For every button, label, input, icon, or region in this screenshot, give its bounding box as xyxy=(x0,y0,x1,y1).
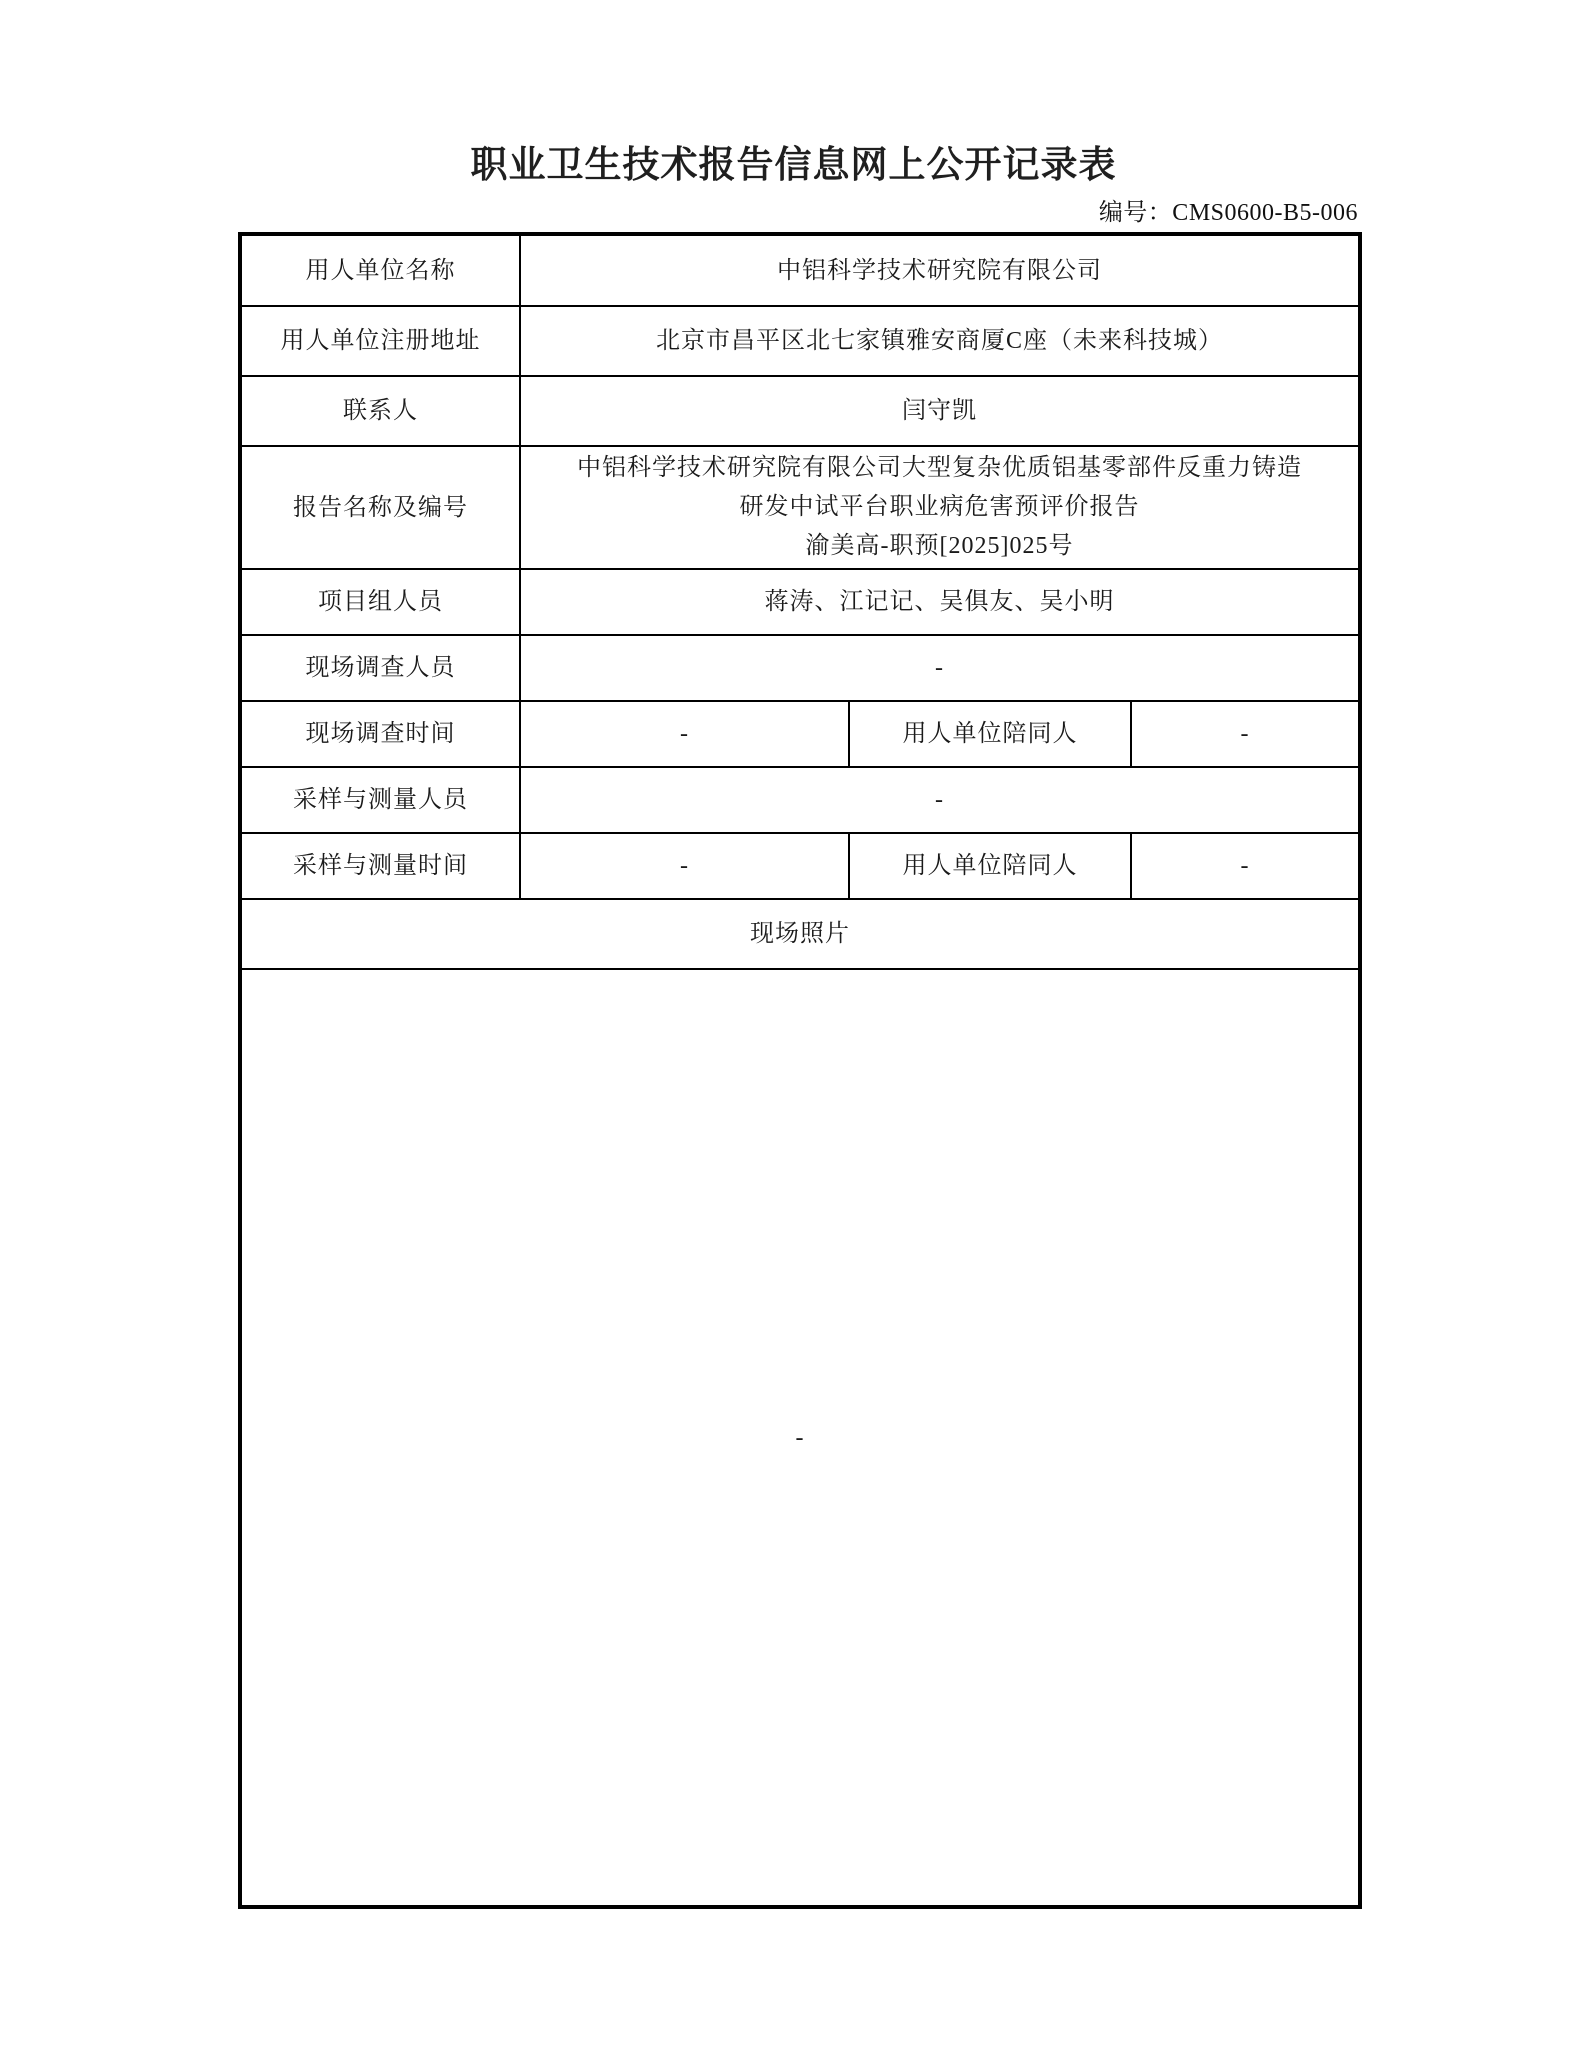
row-label: 用人单位注册地址 xyxy=(240,306,520,376)
table-row-site-photos-header: 现场照片 xyxy=(240,899,1360,969)
row-value: 闫守凯 xyxy=(520,376,1360,446)
table-row-project-team: 项目组人员 蒋涛、江记记、吴俱友、吴小明 xyxy=(240,569,1360,635)
row-label-accompany: 用人单位陪同人 xyxy=(849,833,1131,899)
row-value: 蒋涛、江记记、吴俱友、吴小明 xyxy=(520,569,1360,635)
table-row-site-photos-area: - xyxy=(240,969,1360,1907)
row-label: 用人单位名称 xyxy=(240,234,520,306)
page-title: 职业卫生技术报告信息网上公开记录表 xyxy=(0,144,1587,188)
row-value: - xyxy=(520,635,1360,701)
doc-number: 编号：CMS0600-B5-006 xyxy=(238,199,1358,228)
document-page: 职业卫生技术报告信息网上公开记录表 编号：CMS0600-B5-006 用人单位… xyxy=(0,0,1587,2060)
report-table: 用人单位名称 中铝科学技术研究院有限公司 用人单位注册地址 北京市昌平区北七家镇… xyxy=(238,232,1362,1909)
report-number-line: 渝美高-职预[2025]025号 xyxy=(527,527,1352,566)
row-label: 现场调查人员 xyxy=(240,635,520,701)
table-row-site-survey-time: 现场调查时间 - 用人单位陪同人 - xyxy=(240,701,1360,767)
report-name-line-2: 研发中试平台职业病危害预评价报告 xyxy=(527,488,1352,527)
row-label: 报告名称及编号 xyxy=(240,446,520,569)
table-row-report-name-number: 报告名称及编号 中铝科学技术研究院有限公司大型复杂优质铝基零部件反重力铸造 研发… xyxy=(240,446,1360,569)
table-row-employer-name: 用人单位名称 中铝科学技术研究院有限公司 xyxy=(240,234,1360,306)
table-row-contact-person: 联系人 闫守凯 xyxy=(240,376,1360,446)
row-label: 联系人 xyxy=(240,376,520,446)
row-value: 中铝科学技术研究院有限公司大型复杂优质铝基零部件反重力铸造 研发中试平台职业病危… xyxy=(520,446,1360,569)
site-photos-header: 现场照片 xyxy=(240,899,1360,969)
row-label: 采样与测量人员 xyxy=(240,767,520,833)
row-value-accompany: - xyxy=(1131,701,1360,767)
row-value: - xyxy=(520,833,849,899)
row-label: 项目组人员 xyxy=(240,569,520,635)
table-row-sampling-time: 采样与测量时间 - 用人单位陪同人 - xyxy=(240,833,1360,899)
row-label: 现场调查时间 xyxy=(240,701,520,767)
row-value: - xyxy=(520,701,849,767)
table-row-sampling-staff: 采样与测量人员 - xyxy=(240,767,1360,833)
report-name-line-1: 中铝科学技术研究院有限公司大型复杂优质铝基零部件反重力铸造 xyxy=(527,449,1352,488)
row-value: - xyxy=(520,767,1360,833)
table-row-site-survey-staff: 现场调查人员 - xyxy=(240,635,1360,701)
row-label-accompany: 用人单位陪同人 xyxy=(849,701,1131,767)
row-value: 中铝科学技术研究院有限公司 xyxy=(520,234,1360,306)
table-row-employer-address: 用人单位注册地址 北京市昌平区北七家镇雅安商厦C座（未来科技城） xyxy=(240,306,1360,376)
row-value-accompany: - xyxy=(1131,833,1360,899)
row-label: 采样与测量时间 xyxy=(240,833,520,899)
row-value: 北京市昌平区北七家镇雅安商厦C座（未来科技城） xyxy=(520,306,1360,376)
site-photos-area: - xyxy=(240,969,1360,1907)
